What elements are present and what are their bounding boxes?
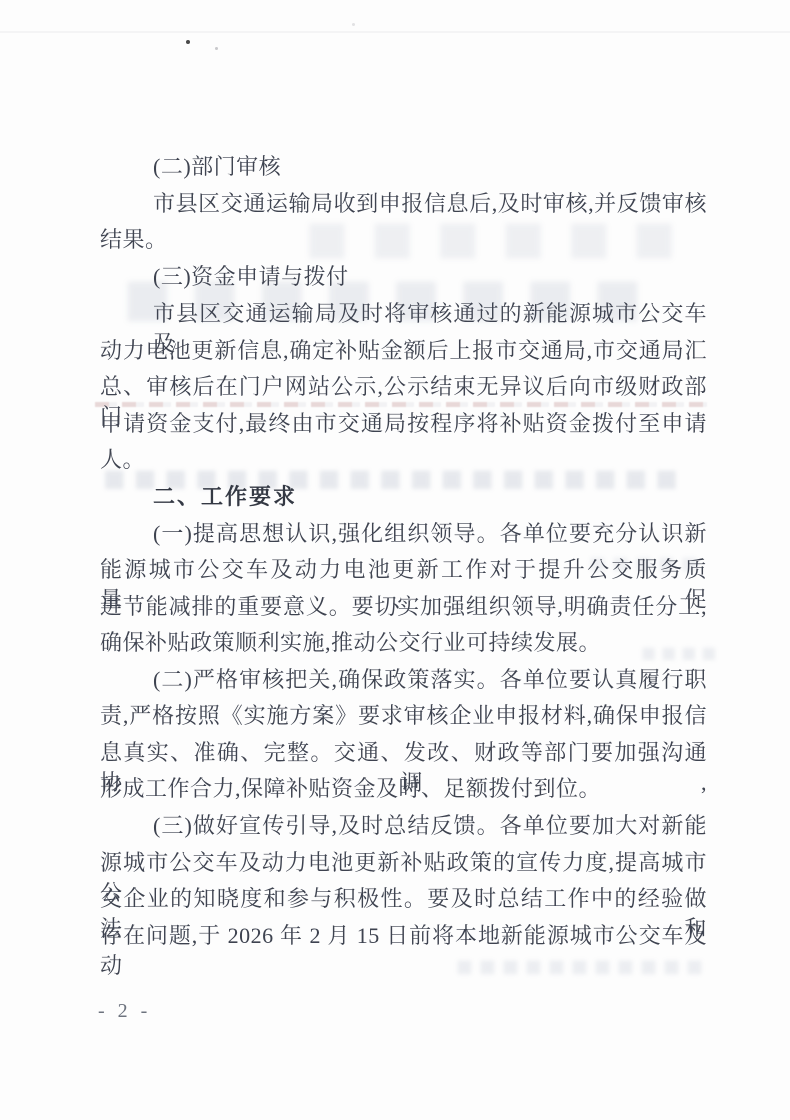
body-line: 人。	[100, 445, 707, 477]
body-line: 市县区交通运输局收到申报信息后,及时审核,并反馈审核	[153, 189, 707, 221]
bleed-through-ghost-text: ■■■■■■■■■■■	[450, 956, 703, 977]
body-line: 申请资金支付,最终由市交通局按程序将补贴资金拨付至申请	[100, 409, 707, 441]
body-line: 源城市公交车及动力电池更新补贴政策的宣传力度,提高城市公	[100, 848, 707, 880]
body-line: 存在问题,于 2026 年 2 月 15 日前将本地新能源城市公交车及动	[100, 921, 707, 953]
subsection-heading-fund-application: (三)资金申请与拨付	[153, 262, 707, 294]
body-line: 责,严格按照《实施方案》要求审核企业申报材料,确保申报信	[100, 701, 707, 733]
page-number: - 2 -	[98, 1000, 151, 1023]
scan-fold-line	[0, 31, 790, 33]
body-line: 进节能减排的重要意义。要切实加强组织领导,明确责任分工,	[100, 592, 707, 624]
body-line: 市县区交通运输局及时将审核通过的新能源城市公交车及	[153, 299, 707, 331]
body-line: 总、审核后在门户网站公示,公示结束无异议后向市级财政部门	[100, 372, 707, 404]
scan-speck	[186, 40, 190, 44]
subsection-heading-department-review: (二)部门审核	[153, 152, 707, 184]
body-line: 结果。	[100, 225, 707, 257]
body-line: (三)做好宣传引导,及时总结反馈。各单位要加大对新能	[153, 811, 707, 843]
body-line: 形成工作合力,保障补贴资金及时、足额拨付到位。	[100, 774, 707, 806]
scan-speck	[352, 23, 355, 26]
body-line: 确保补贴政策顺利实施,推动公交行业可持续发展。	[100, 628, 707, 660]
body-line: 能源城市公交车及动力电池更新工作对于提升公交服务质量、促	[100, 555, 707, 587]
section-heading-work-requirements: 二、工作要求	[153, 482, 707, 514]
body-line: 息真实、准确、完整。交通、发改、财政等部门要加强沟通协调,	[100, 738, 707, 770]
scanned-document-page: ■■■■■■ ■■■■■■■■ ■■■■■■■■■■■■■■■■■■■ ■■■■…	[0, 0, 790, 1120]
body-line: (二)严格审核把关,确保政策落实。各单位要认真履行职	[153, 665, 707, 697]
body-line: (一)提高思想认识,强化组织领导。各单位要充分认识新	[153, 519, 707, 551]
scan-speck	[215, 47, 218, 50]
body-line: 交企业的知晓度和参与积极性。要及时总结工作中的经验做法和	[100, 884, 707, 916]
body-line: 动力电池更新信息,确定补贴金额后上报市交通局,市交通局汇	[100, 336, 707, 368]
